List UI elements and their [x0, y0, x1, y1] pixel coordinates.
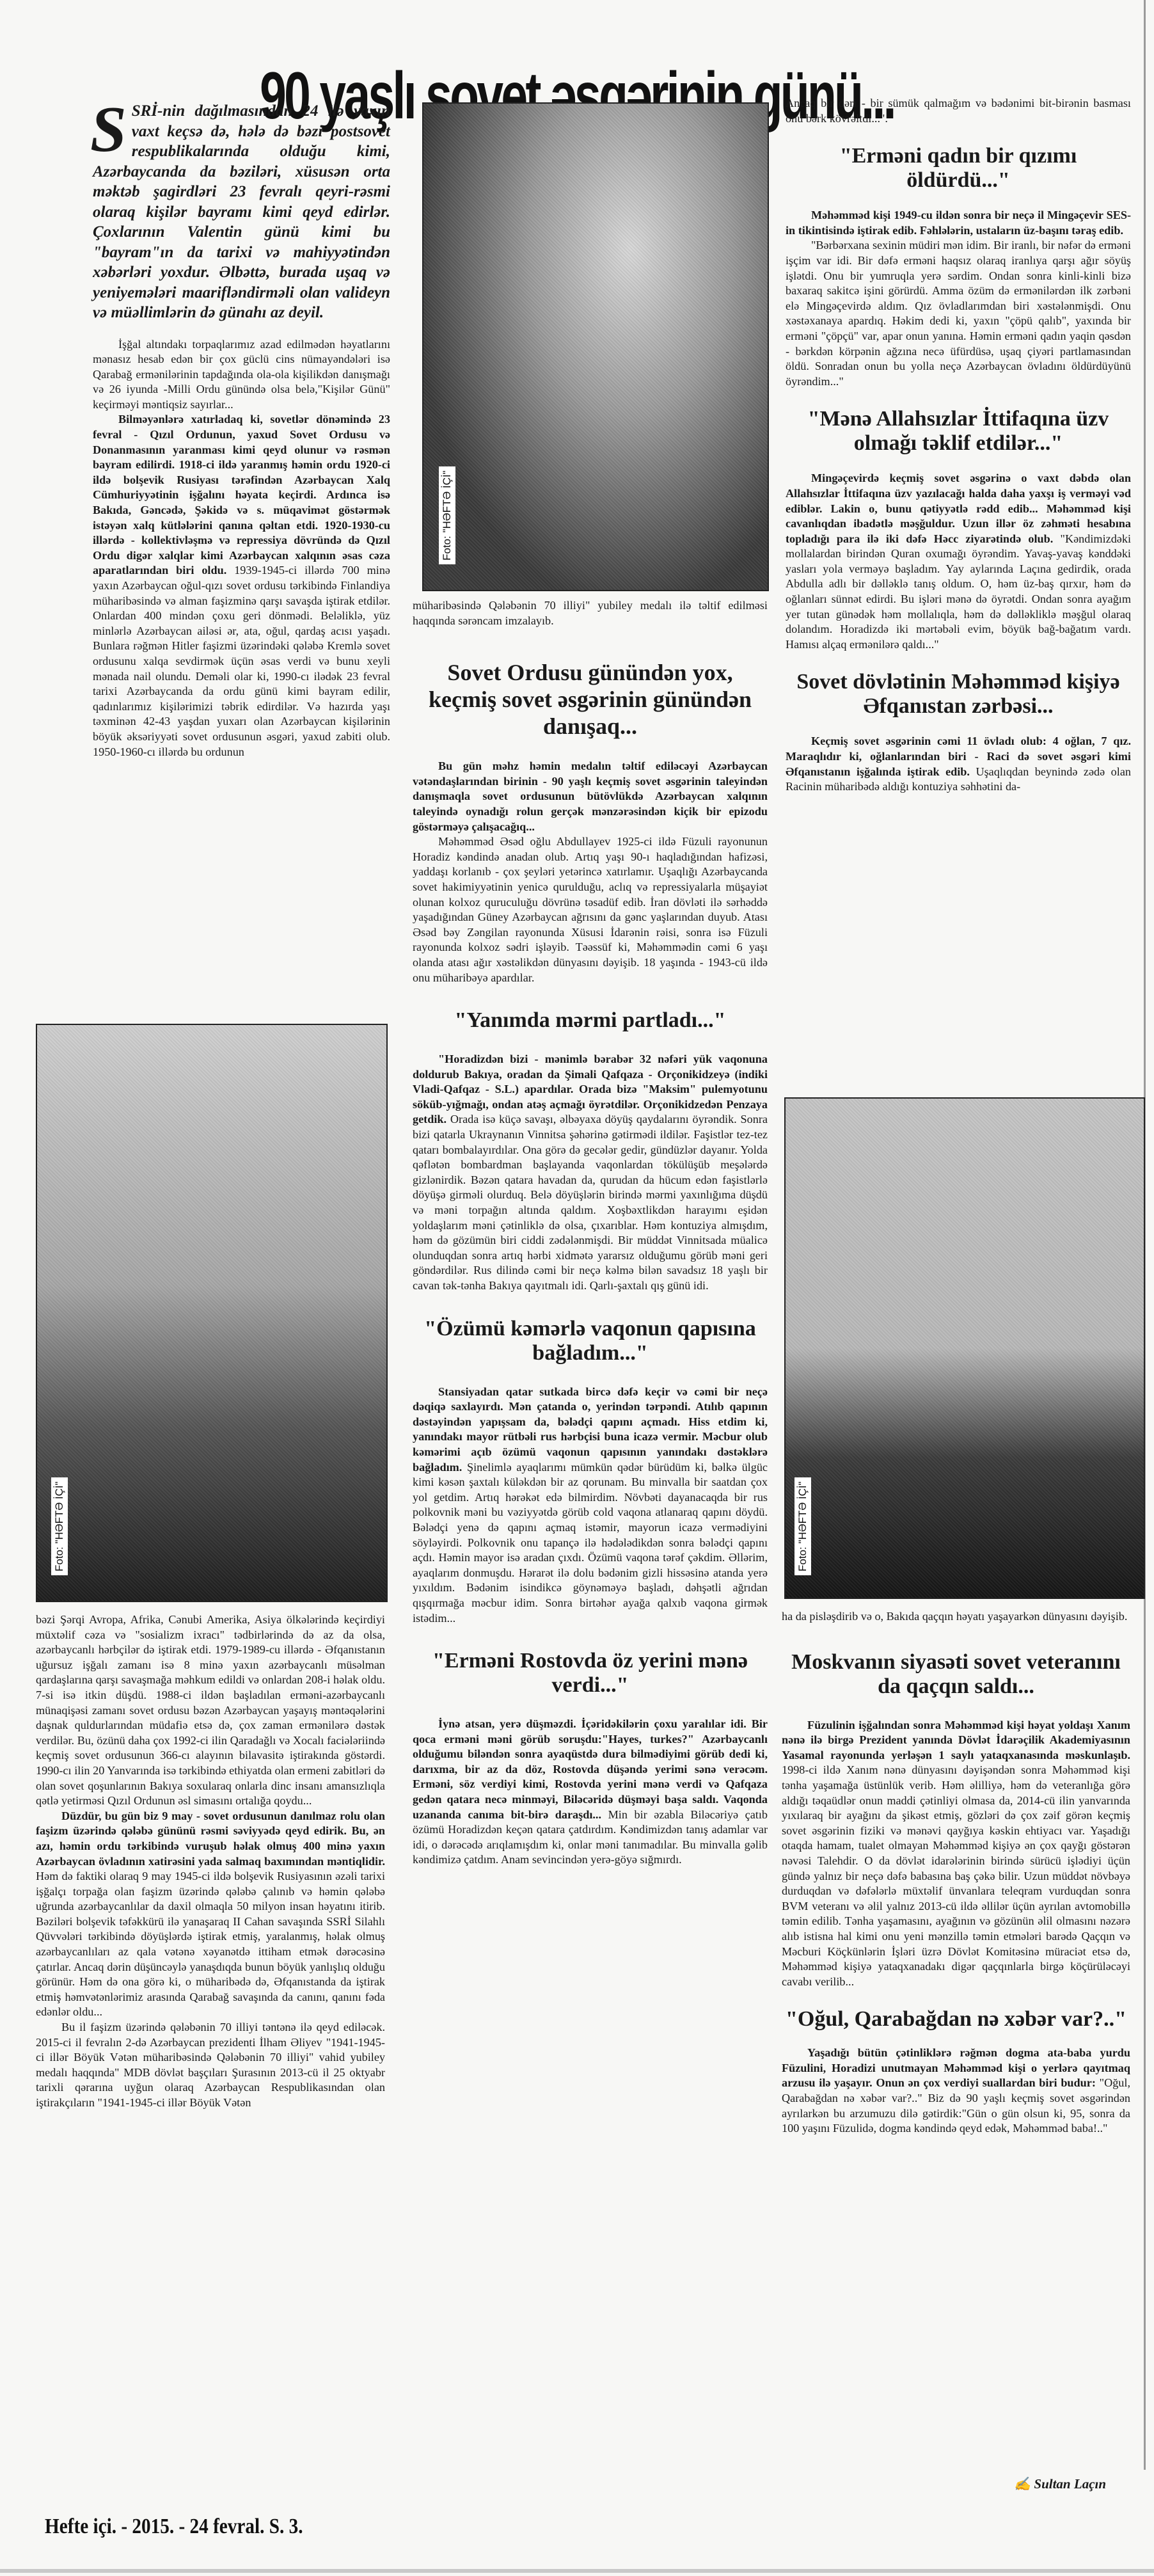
paragraph-bold: Yaşadığı bütün çətinliklərə rəğmən dogma… [782, 2046, 1130, 2089]
paragraph-bold: Füzulinin işğalından sonra Məhəmməd kişi… [782, 1719, 1130, 1761]
paragraph: Ancaq bir dəri - bir sümük qalmağım və b… [786, 96, 1131, 126]
photo-room: Foto: "HƏFTƏ İÇİ" [784, 1097, 1145, 1599]
paragraph: 1998-ci ildə Xanım nənə dünyasını dəyişə… [782, 1763, 1130, 1987]
section-title: Sovet dövlətinin Məhəmməd kişiyə Əfqanıs… [786, 670, 1131, 719]
paragraph-bold: Bilməyənlərə xatırladaq ki, sovetlər dön… [93, 413, 390, 576]
intro-lead: SSRİ-nin dağılmasından 24 ilə yaxın vaxt… [93, 101, 390, 323]
photo-credit: Foto: "HƏFTƏ İÇİ" [51, 1477, 68, 1575]
photo-credit: Foto: "HƏFTƏ İÇİ" [439, 466, 455, 564]
paragraph: "Kəndimizdəki mollalardan birindən Quran… [786, 532, 1131, 651]
pen-icon: ✍ [1014, 2476, 1031, 2492]
paragraph: Orada isə küçə savaşı, əlbəyaxa döyüş qa… [413, 1113, 768, 1292]
paragraph: bəzi Şərqi Avropa, Afrika, Cənubi Amerik… [36, 1612, 385, 1809]
paragraph: ha da pisləşdirib və o, Bakıda qaçqın hə… [782, 1609, 1130, 1625]
footer-rule [0, 2569, 1154, 2573]
section-title: "Erməni qadın bir qızımı öldürdü..." [786, 144, 1131, 193]
photo-caption: müharibəsində Qələbənin 70 illiyi" yubil… [413, 598, 768, 628]
paragraph: Şinelimlə ayaqlarımı mümkün qədər bürüdü… [413, 1461, 768, 1625]
middle-column: müharibəsində Qələbənin 70 illiyi" yubil… [413, 598, 768, 1868]
paragraph-bold: Bu gün məhz həmin medalın təltif ediləcə… [413, 759, 768, 834]
right-column: Ancaq bir dəri - bir sümük qalmağım və b… [786, 96, 1131, 795]
author-signature: ✍ Sultan Laçın [1014, 2476, 1106, 2492]
section-title: Moskvanın siyasəti sovet veteranını da q… [782, 1650, 1130, 1699]
section-title: "Mənə Allahsızlar İttifaqına üzv olmağı … [786, 407, 1131, 456]
photo-credit: Foto: "HƏFTƏ İÇİ" [794, 1477, 811, 1575]
photo-veteran-portrait: Foto: "HƏFTƏ İÇİ" [422, 102, 769, 591]
section-title: "Erməni Rostovda öz yerini mənə verdi...… [413, 1649, 768, 1697]
left-column: SSRİ-nin dağılmasından 24 ilə yaxın vaxt… [93, 101, 390, 759]
paragraph: İşğal altındakı torpaqlarımız azad edilm… [93, 337, 390, 413]
paragraph: "Bərbərxana sexinin müdiri mən idim. Bir… [786, 238, 1131, 389]
section-title: "Özümü kəmərlə vaqonun qapısına bağladım… [413, 1317, 768, 1365]
photo-kitchen: Foto: "HƏFTƏ İÇİ" [36, 1024, 388, 1602]
paragraph: 1939-1945-ci illərdə 700 minə yaxın Azər… [93, 564, 390, 758]
paragraph-bold: İynə atsan, yerə düşməzdi. İçəridəkiləri… [413, 1717, 768, 1821]
right-column-lower: ha da pisləşdirib və o, Bakıda qaçqın hə… [782, 1609, 1130, 2136]
section-title: Sovet Ordusu günündən yox, keçmiş sovet … [413, 659, 768, 740]
left-column-lower: bəzi Şərqi Avropa, Afrika, Cənubi Amerik… [36, 1612, 385, 2111]
paragraph: Məhəmməd Əsəd oğlu Abdullayev 1925-ci il… [413, 834, 768, 985]
intro-text: SRİ-nin dağılmasından 24 ilə yaxın vaxt … [93, 102, 390, 321]
paragraph-bold: Məhəmməd kişi 1949-cu ildən sonra bir ne… [786, 208, 1131, 238]
paragraph: Bu il faşizm üzərində qələbənin 70 illiy… [36, 2020, 385, 2111]
source-citation: Hefte içi. - 2015. - 24 fevral. S. 3. [45, 2515, 303, 2539]
section-title: "Oğul, Qarabağdan nə xəbər var?.." [782, 2007, 1130, 2031]
author-name: Sultan Laçın [1034, 2476, 1106, 2492]
paragraph: Həm də faktiki olaraq 9 may 1945-ci ildə… [36, 1870, 385, 2018]
dropcap: S [90, 104, 127, 156]
section-title: "Yanımda mərmi partladı..." [413, 1008, 768, 1033]
paragraph-bold: Düzdür, bu gün biz 9 may - sovet ordusun… [36, 1809, 385, 1868]
